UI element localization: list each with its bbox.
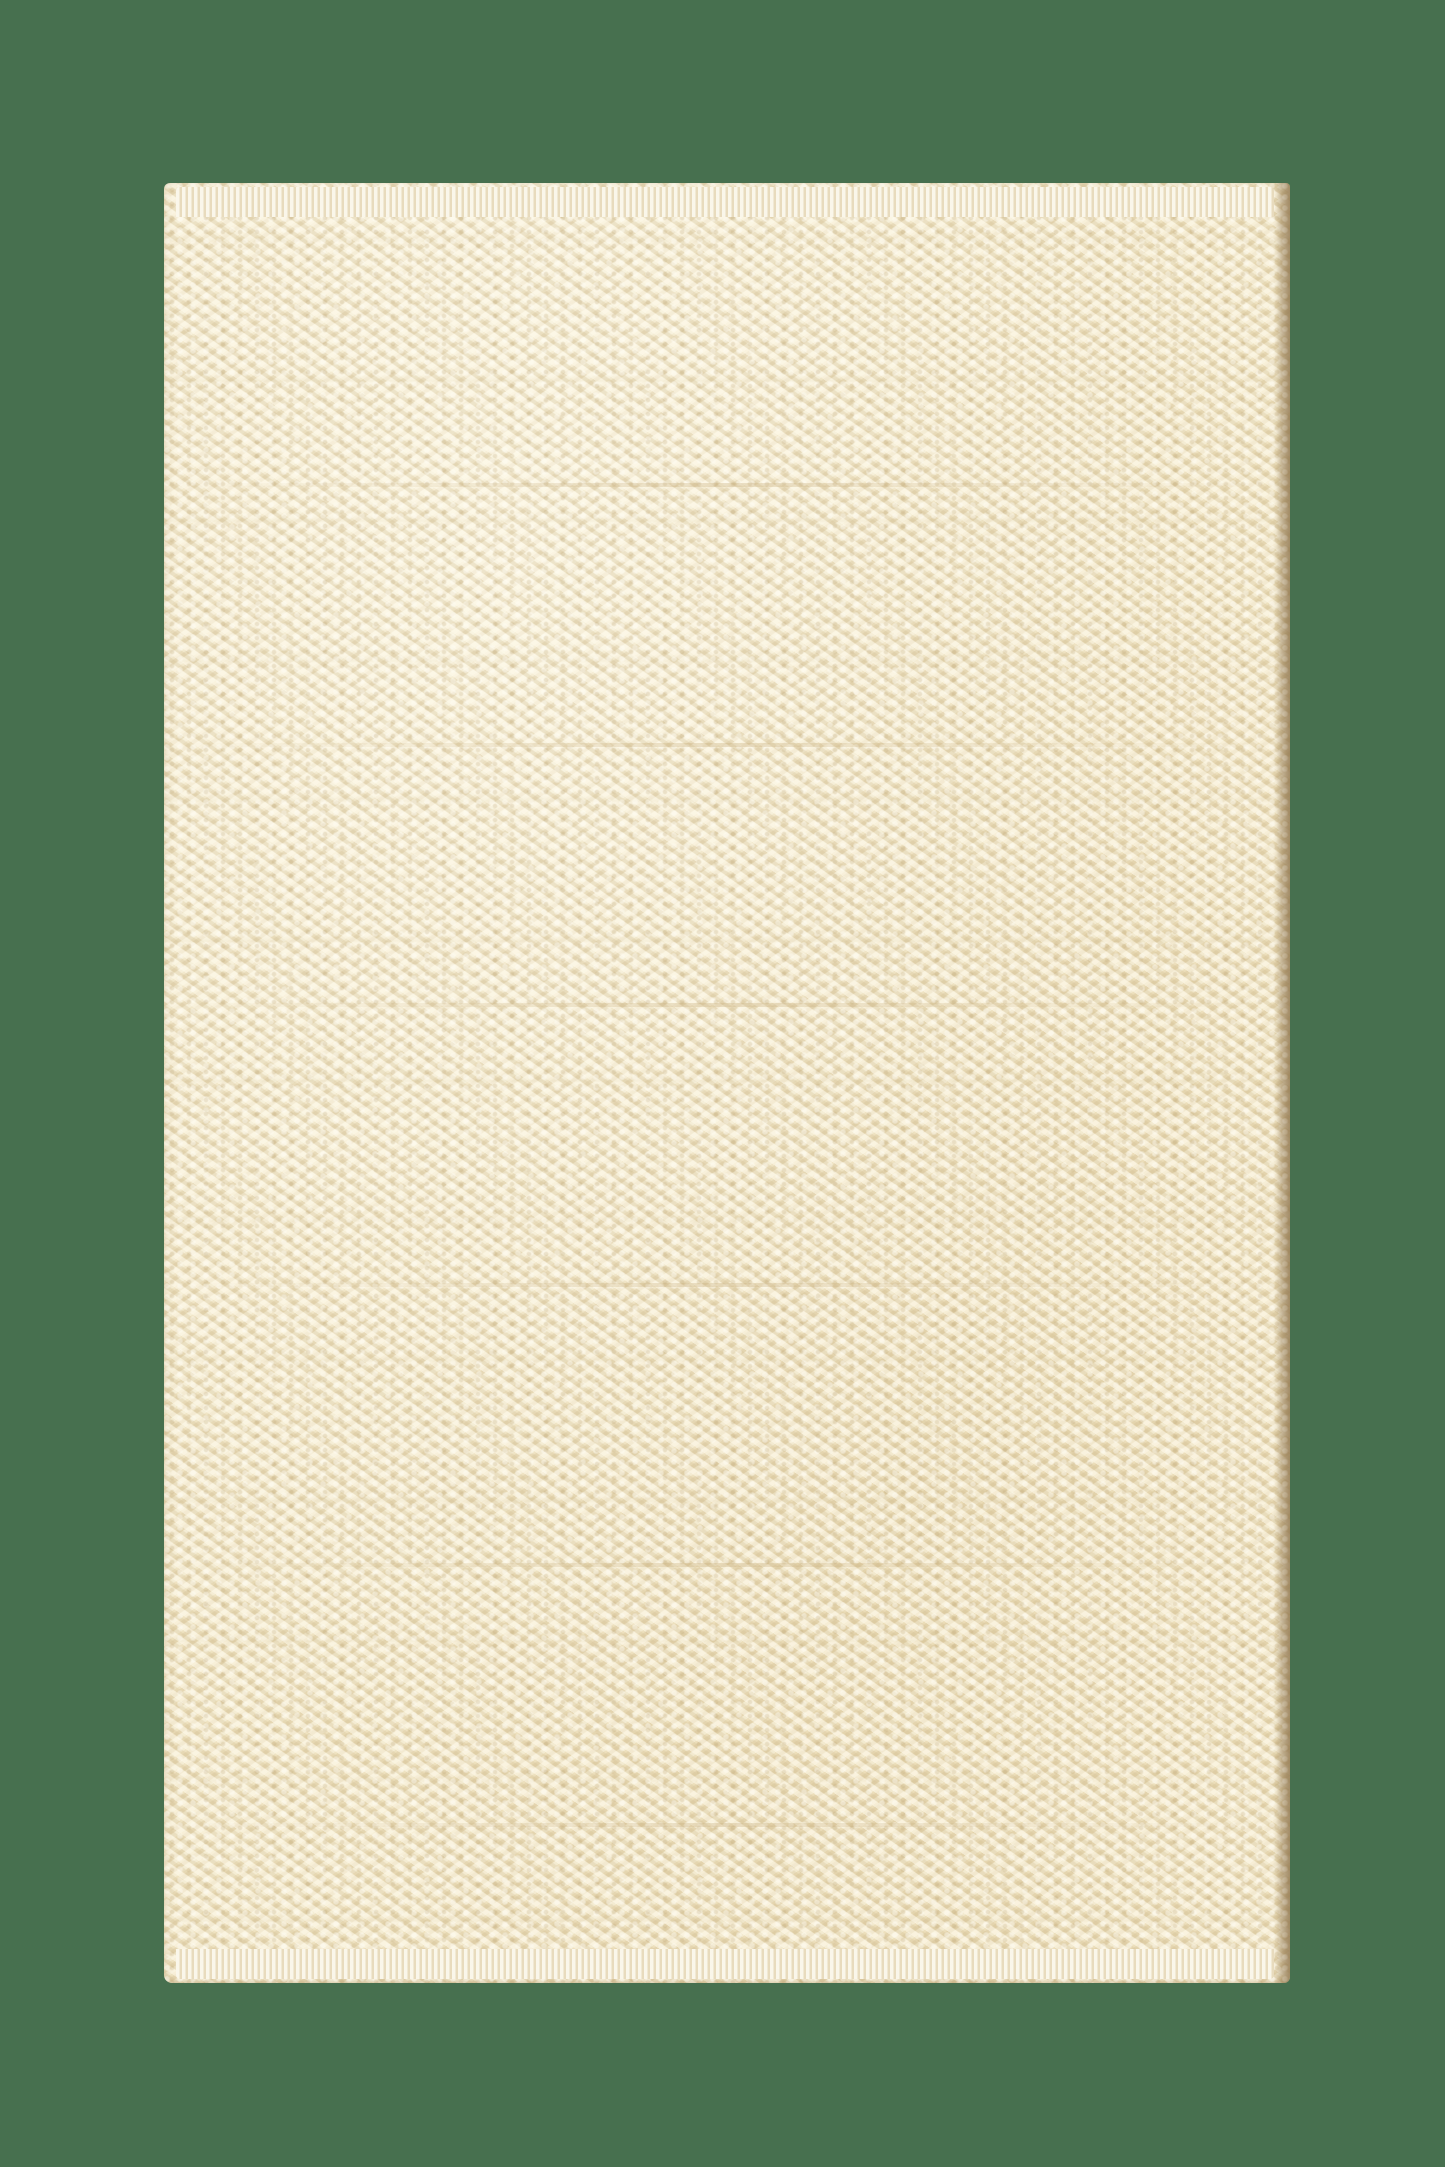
- rug-right-edge-shadow: [1276, 183, 1290, 1983]
- rug-weft-variation: [164, 1283, 1290, 1287]
- rug-bottom-selvedge: [176, 1949, 1274, 1979]
- rug-weft-variation: [164, 1823, 1290, 1827]
- rug-weft-variation: [164, 743, 1290, 747]
- rug-weft-variation: [164, 483, 1290, 487]
- rug-weft-variation: [164, 1003, 1290, 1007]
- product-photo: [0, 0, 1445, 2167]
- rug-top-selvedge: [176, 187, 1274, 217]
- jute-rug: [164, 183, 1290, 1983]
- rug-weft-variation: [164, 1563, 1290, 1567]
